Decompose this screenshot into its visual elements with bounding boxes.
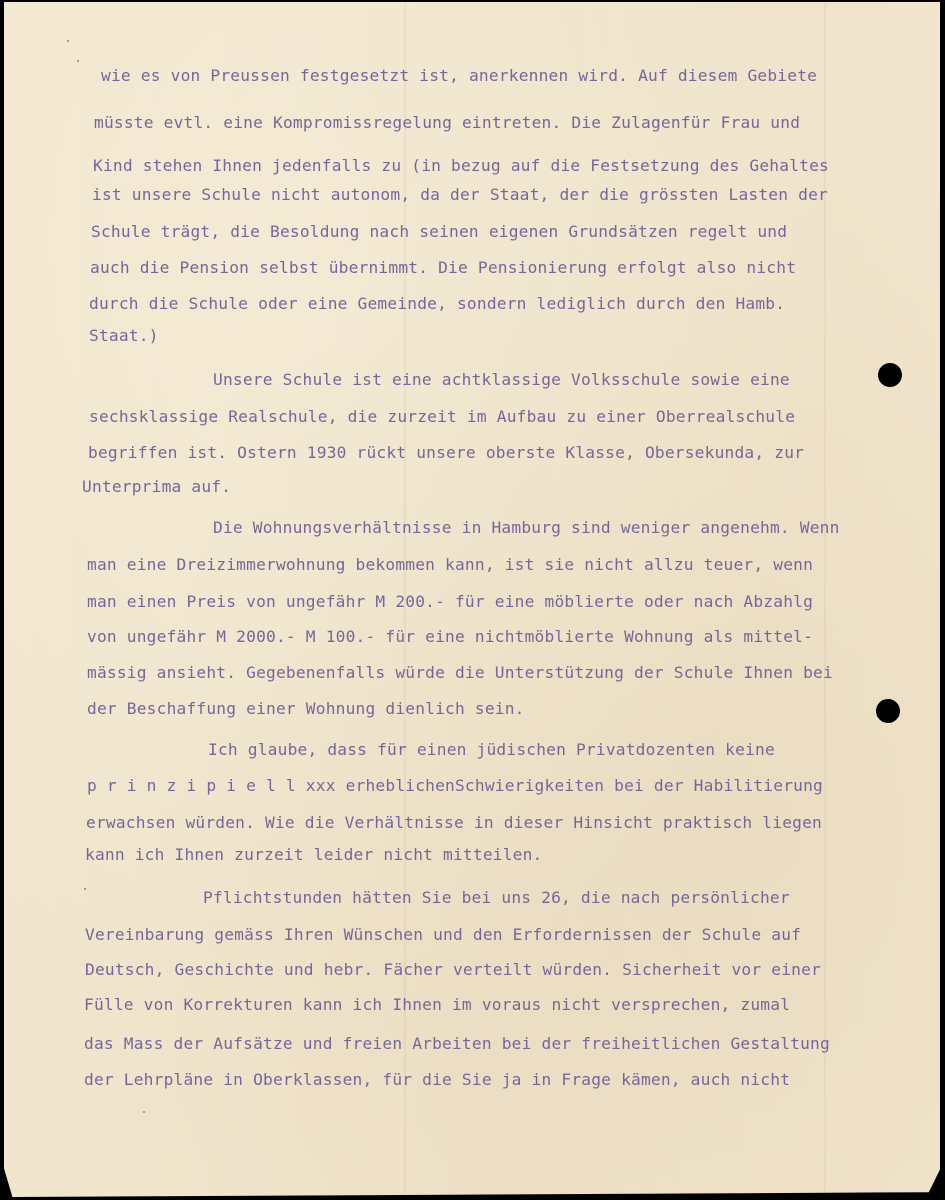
- text-line: der Lehrpläne in Oberklassen, für die Si…: [84, 1070, 790, 1089]
- letter-body: wie es von Preussen festgesetzt ist, ane…: [0, 0, 945, 1200]
- text-line: Pflichtstunden hätten Sie bei uns 26, di…: [203, 888, 790, 907]
- text-line: Kind stehen Ihnen jedenfalls zu (in bezu…: [93, 156, 829, 175]
- text-line: man eine Dreizimmerwohnung bekommen kann…: [87, 555, 813, 574]
- text-line: begriffen ist. Ostern 1930 rückt unsere …: [88, 443, 804, 462]
- text-line: man einen Preis von ungefähr M 200.- für…: [87, 592, 813, 611]
- text-line: erwachsen würden. Wie die Verhältnisse i…: [86, 813, 822, 832]
- text-line: Fülle von Korrekturen kann ich Ihnen im …: [84, 995, 790, 1014]
- text-line: ist unsere Schule nicht autonom, da der …: [92, 185, 828, 204]
- text-line: wie es von Preussen festgesetzt ist, ane…: [101, 66, 817, 85]
- text-line: Die Wohnungsverhältnisse in Hamburg sind…: [213, 518, 840, 537]
- text-line: Schule trägt, die Besoldung nach seinen …: [91, 222, 787, 241]
- text-line: Deutsch, Geschichte und hebr. Fächer ver…: [85, 960, 821, 979]
- text-line: Unterprima auf.: [82, 477, 231, 496]
- text-line: der Beschaffung einer Wohnung dienlich s…: [87, 699, 525, 718]
- text-line: Vereinbarung gemäss Ihren Wünschen und d…: [85, 925, 801, 944]
- text-line: Staat.): [89, 326, 159, 345]
- text-line: auch die Pension selbst übernimmt. Die P…: [90, 258, 796, 277]
- text-line: sechsklassige Realschule, die zurzeit im…: [89, 407, 795, 426]
- text-line: von ungefähr M 2000.- M 100.- für eine n…: [87, 627, 813, 646]
- text-line: das Mass der Aufsätze und freien Arbeite…: [84, 1034, 830, 1053]
- text-line: mässig ansieht. Gegebenenfalls würde die…: [87, 663, 833, 682]
- text-line: Unsere Schule ist eine achtklassige Volk…: [213, 370, 790, 389]
- text-line: kann ich Ihnen zurzeit leider nicht mitt…: [85, 845, 543, 864]
- text-line: p r i n z i p i e l l xxx erheblichenSch…: [87, 776, 823, 795]
- text-line: müsste evtl. eine Kompromissregelung ein…: [94, 113, 800, 132]
- text-line: durch die Schule oder eine Gemeinde, son…: [89, 294, 785, 313]
- text-line: Ich glaube, dass für einen jüdischen Pri…: [208, 740, 775, 759]
